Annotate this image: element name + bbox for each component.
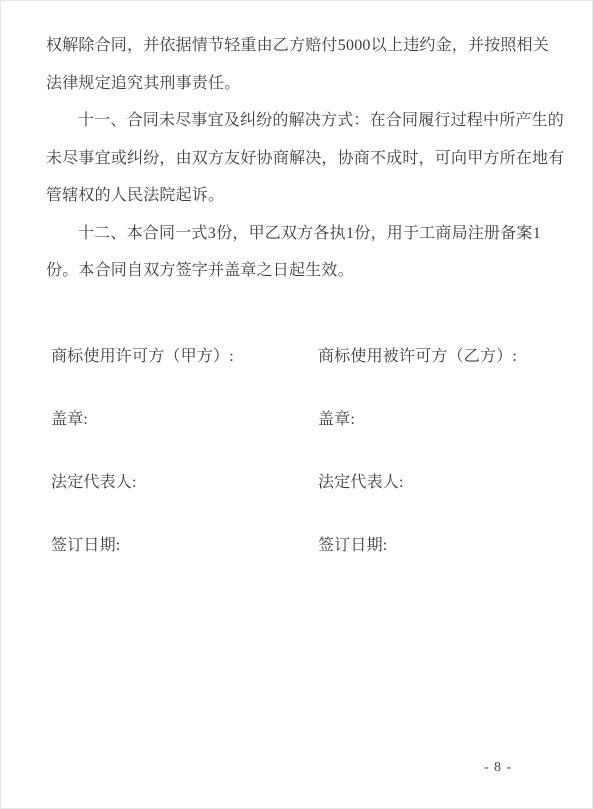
body-line-clause-12: 十二、本合同一式 3 份，甲乙双方各执 1 份，用于工商局注册备案 1 [46, 215, 549, 253]
body-line: 未尽事宜或纠纷，由双方友好协商解决，协商不成时，可向甲方所在地有 [46, 140, 549, 178]
body-line: 管辖权的人民法院起诉。 [46, 177, 549, 215]
page-number: - 8 - [459, 760, 537, 776]
contract-body: 权解除合同，并依据情节轻重由乙方赔付 5000 以上违约金，并按照相关 法律规定… [46, 27, 549, 290]
body-line-clause-11: 十一、合同未尽事宜及纠纷的解决方式：在合同履行过程中所产生的 [46, 102, 549, 140]
body-line: 权解除合同，并依据情节轻重由乙方赔付 5000 以上违约金，并按照相关 [46, 27, 549, 65]
licensor-seal-label: 盖章: [51, 406, 318, 429]
licensee-seal-label: 盖章: [318, 406, 547, 429]
licensee-party-label: 商标使用被许可方（乙方）: [318, 343, 547, 366]
licensee-signing-date-label: 签订日期: [318, 532, 547, 555]
signature-row-party: 商标使用许可方（甲方）: 商标使用被许可方（乙方）: [51, 323, 547, 386]
signature-section: 商标使用许可方（甲方）: 商标使用被许可方（乙方）: 盖章: 盖章: 法定代表人… [51, 323, 547, 575]
licensor-signing-date-label: 签订日期: [51, 532, 318, 555]
signature-row-legal-representative: 法定代表人: 法定代表人: [51, 449, 547, 512]
licensor-party-label: 商标使用许可方（甲方）: [51, 343, 318, 366]
licensee-legal-representative-label: 法定代表人: [318, 469, 547, 492]
contract-page: 权解除合同，并依据情节轻重由乙方赔付 5000 以上违约金，并按照相关 法律规定… [0, 0, 593, 809]
licensor-legal-representative-label: 法定代表人: [51, 469, 318, 492]
signature-row-seal: 盖章: 盖章: [51, 386, 547, 449]
body-line: 法律规定追究其刑事责任。 [46, 65, 549, 103]
signature-row-signing-date: 签订日期: 签订日期: [51, 512, 547, 575]
body-line: 份。本合同自双方签字并盖章之日起生效。 [46, 252, 549, 290]
